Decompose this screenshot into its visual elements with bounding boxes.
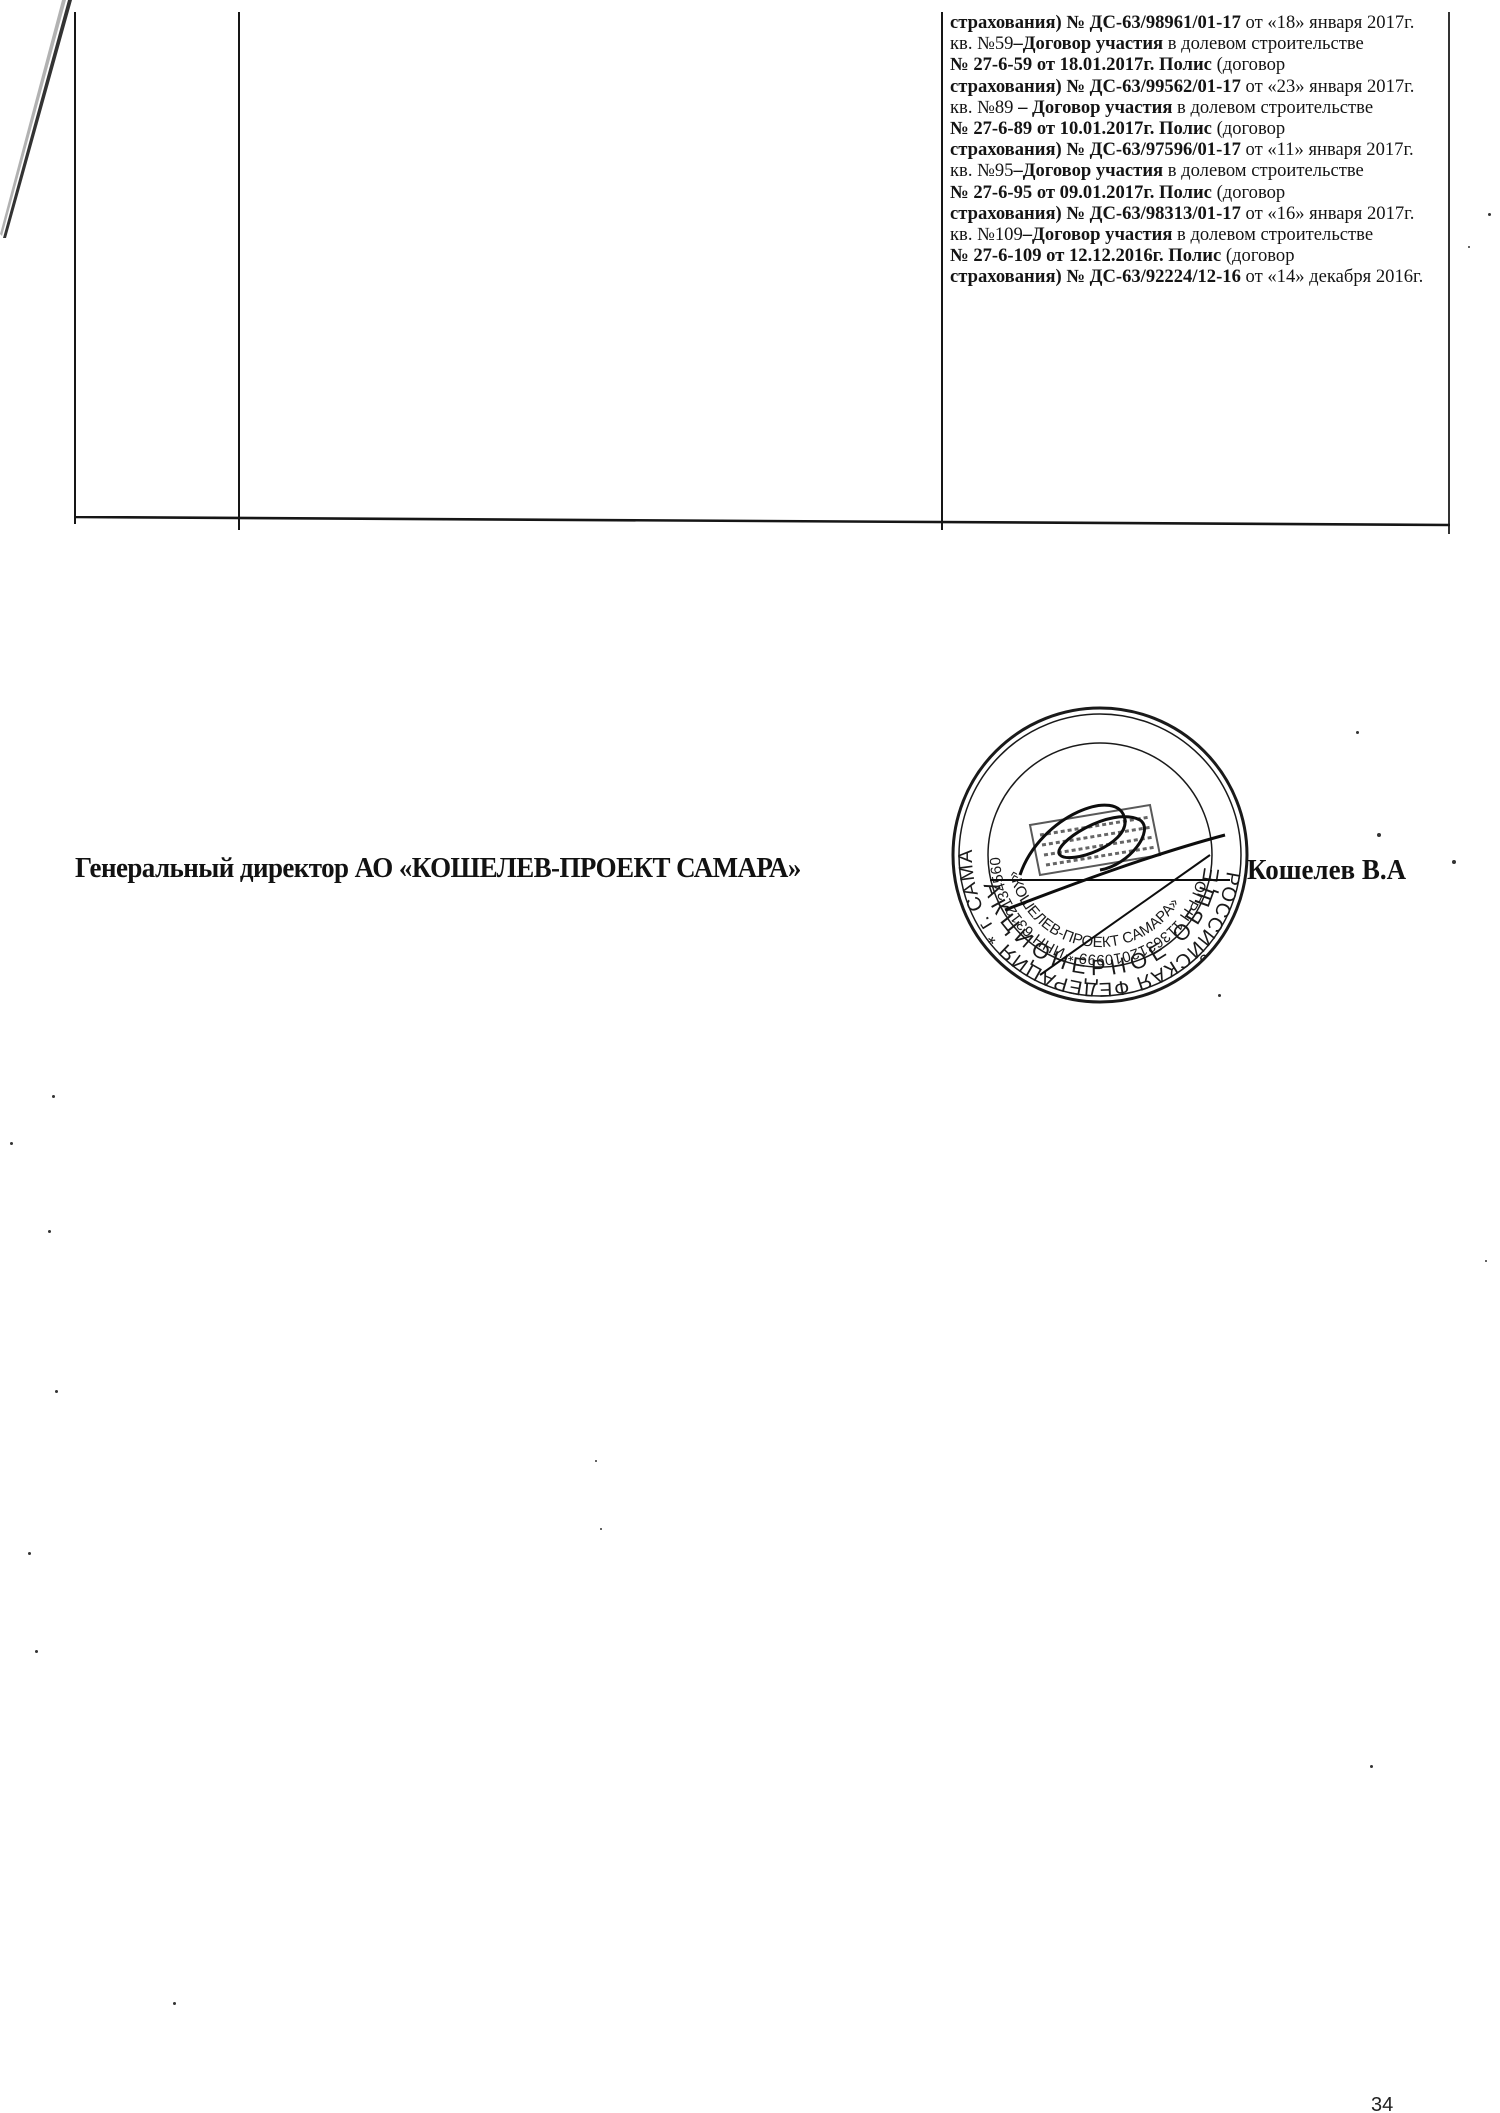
contract-entry: кв. №89 – Договор участия в долевом стро… [950, 97, 1440, 161]
table-column-divider [238, 12, 240, 530]
table-border-left [74, 12, 76, 524]
contract-entry: кв. №95–Договор участия в долевом строит… [950, 160, 1440, 224]
contract-entry: страхования) № ДС-63/98961/01-17 от «18»… [950, 12, 1440, 33]
signatory-name: Кошелев В.А [1247, 854, 1406, 887]
table-column-divider [941, 12, 943, 530]
contracts-table: страхования) № ДС-63/98961/01-17 от «18»… [74, 12, 1450, 532]
table-border-bottom [74, 516, 1450, 534]
contract-entry: кв. №109–Договор участия в долевом строи… [950, 224, 1440, 288]
contract-entry: кв. №59–Договор участия в долевом строит… [950, 33, 1440, 97]
signatory-title: Генеральный директор АО «КОШЕЛЕВ-ПРОЕКТ … [75, 852, 801, 885]
table-border-right [1448, 12, 1450, 534]
table-cell-contracts: страхования) № ДС-63/98961/01-17 от «18»… [950, 12, 1440, 288]
page-number: 34 [1371, 2094, 1393, 2113]
company-seal-stamp: РОССИЙСКАЯ ФЕДЕРАЦИЯ * г. САМАРА * ОГРН … [950, 705, 1250, 1005]
